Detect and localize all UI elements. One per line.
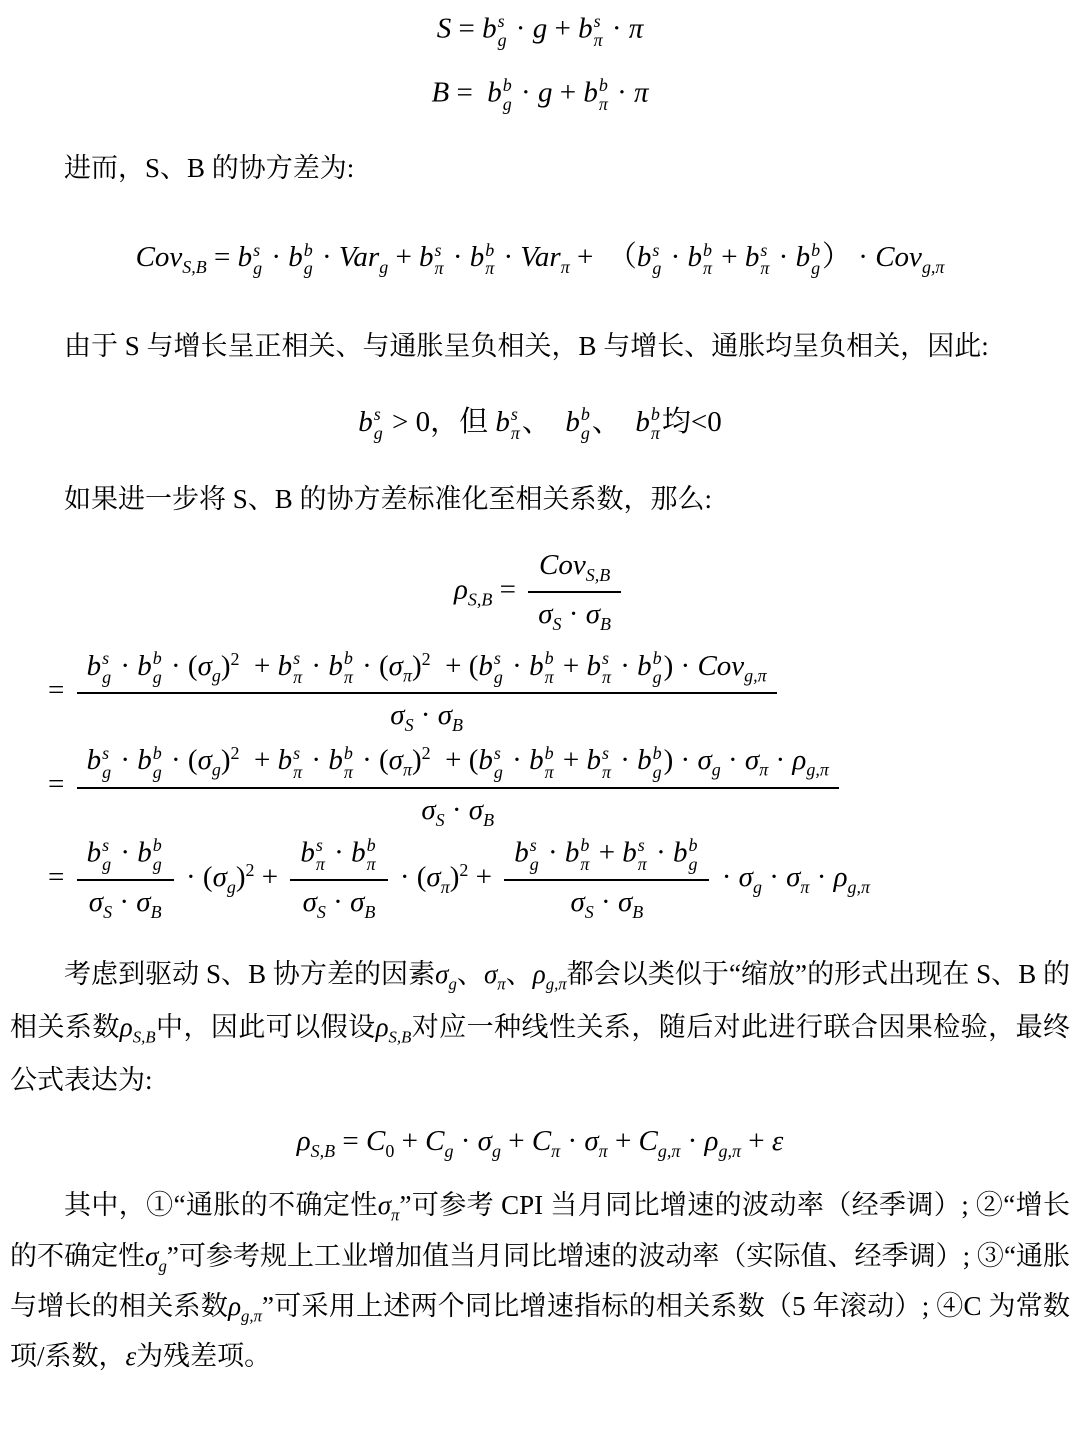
math-var: b <box>419 241 434 273</box>
sub-sup-stack: sπ <box>293 649 302 687</box>
math-var: π <box>634 76 649 108</box>
stack-sub: π <box>703 259 712 278</box>
math-var: σ <box>435 959 448 989</box>
math-var: Var <box>339 241 379 273</box>
sub-sup-stack: bπ <box>344 744 353 782</box>
sub-sup-stack: sg <box>102 836 111 874</box>
denominator: σS · σB <box>77 694 777 737</box>
subscript: S <box>585 902 594 922</box>
stack-sub: π <box>435 259 444 278</box>
numerator: bsg · bbg · (σg)2 + bsπ · bbπ · (σπ)2 + … <box>77 742 839 788</box>
math-var: b <box>478 649 493 681</box>
fraction: CovS,BσS · σB <box>528 548 621 636</box>
subscript: π <box>403 760 412 780</box>
stack-sup: s <box>652 241 661 260</box>
math-var: b <box>529 744 544 776</box>
text-run: = <box>48 861 72 893</box>
math-var: b <box>688 241 703 273</box>
sub-sup-stack: bg <box>688 836 697 874</box>
text-run: + <box>255 861 286 893</box>
text-run: · <box>610 76 634 108</box>
math-var: b <box>328 649 343 681</box>
subscript: g,π <box>806 760 828 780</box>
math-var: b <box>328 744 343 776</box>
math-var: b <box>300 837 315 869</box>
stack-sub: π <box>545 668 554 687</box>
math-var: b <box>288 241 303 273</box>
math-var: b <box>514 837 529 869</box>
text-run: · ( <box>164 744 198 776</box>
sub-sup-stack: bπ <box>344 649 353 687</box>
math-var: b <box>137 837 152 869</box>
sub-sup-stack: sg <box>374 405 383 443</box>
stack-sup: s <box>511 405 520 424</box>
math-var: B <box>431 76 449 108</box>
text-run: · <box>454 1125 478 1157</box>
subscript: S <box>436 809 445 829</box>
subscript: g,π <box>922 257 944 277</box>
math-var: σ <box>421 794 435 826</box>
stack-sup: b <box>485 241 494 260</box>
stack-sub: π <box>511 424 520 443</box>
subscript: π <box>561 257 570 277</box>
superscript: 2 <box>231 649 240 669</box>
stack-sup: s <box>253 241 262 260</box>
formula-covariance: CovS,B = bsg · bbg · Varg + bsπ · bbπ · … <box>10 234 1070 278</box>
stack-sub: π <box>638 855 647 874</box>
stack-sub: g <box>581 424 590 443</box>
text-run: · ( <box>355 744 389 776</box>
text-run: + <box>556 649 587 681</box>
text-run: · <box>112 886 136 918</box>
stack-sup: b <box>703 241 712 260</box>
stack-sub: g <box>102 668 111 687</box>
math-var: b <box>278 649 293 681</box>
math-var: σ <box>739 861 753 893</box>
text-run: + <box>714 241 745 273</box>
subscript: g <box>445 1140 454 1160</box>
denominator: σS · σB <box>77 789 839 832</box>
stack-sup: b <box>153 836 162 855</box>
math-var: Cov <box>875 241 922 273</box>
stack-sup: b <box>304 241 313 260</box>
subscript: π <box>599 1140 608 1160</box>
subscript: g <box>379 257 388 277</box>
stack-sup: b <box>581 405 590 424</box>
text-run: 、 <box>592 406 636 438</box>
text-run: · <box>505 744 529 776</box>
formula-rho-definition: ρS,B = CovS,BσS · σB <box>10 548 1070 636</box>
text-run: 其中，①“通胀的不确定性 <box>64 1190 378 1220</box>
subscript: g,π <box>546 974 567 993</box>
stack-sup: s <box>293 649 302 668</box>
subscript: B <box>483 809 494 829</box>
stack-sup: b <box>653 649 662 668</box>
math-var: b <box>622 837 637 869</box>
text-run: > 0，但 <box>385 406 496 438</box>
subscript: S <box>553 614 562 634</box>
math-var: σ <box>478 1125 492 1157</box>
stack-sup: s <box>316 836 325 855</box>
text-run: + <box>240 744 278 776</box>
stack-sub: π <box>599 95 608 114</box>
text-run: · <box>721 744 745 776</box>
subscript: π <box>441 877 450 897</box>
stack-sub: π <box>760 259 769 278</box>
para-covariance-intro: 进而，S、B 的协方差为: <box>10 142 1070 195</box>
math-var: σ <box>145 1241 158 1271</box>
text-run: 、 <box>506 959 533 989</box>
math-var: σ <box>378 1190 391 1220</box>
subscript: g <box>158 1256 166 1275</box>
sub-sup-stack: bπ <box>367 836 376 874</box>
subscript: g,π <box>658 1140 680 1160</box>
sub-sup-stack: bg <box>653 744 662 782</box>
text-run: · <box>762 861 786 893</box>
math-var: ρ <box>120 1012 133 1042</box>
stack-sup: b <box>811 241 820 260</box>
sub-sup-stack: sπ <box>602 649 611 687</box>
stack-sub: g <box>153 763 162 782</box>
text-run: + <box>741 1125 772 1157</box>
stack-sup: b <box>580 836 589 855</box>
stack-sub: π <box>594 31 603 50</box>
math-var: b <box>673 837 688 869</box>
text-run: 、 <box>522 406 566 438</box>
sub-sup-stack: bπ <box>545 649 554 687</box>
math-var: ρ <box>376 1012 389 1042</box>
math-var: b <box>796 241 811 273</box>
subscript: S,B <box>468 589 492 609</box>
text-run: · <box>594 886 618 918</box>
text-run: ) · <box>664 649 698 681</box>
math-var: b <box>565 837 580 869</box>
math-var: b <box>637 744 652 776</box>
subscript: g <box>753 877 762 897</box>
text-run: · ( <box>179 861 213 893</box>
sub-sup-stack: bg <box>153 649 162 687</box>
math-var: C <box>366 1125 385 1157</box>
math-var: b <box>87 744 102 776</box>
text-run: 由于 S 与增长呈正相关、与通胀呈负相关，B 与增长、通胀均呈负相关，因此: <box>64 331 989 361</box>
text-run: · <box>514 76 538 108</box>
stack-sub: g <box>304 259 313 278</box>
subscript: g <box>448 974 456 993</box>
math-var: σ <box>350 886 364 918</box>
stack-sub: g <box>102 855 111 874</box>
stack-sup: s <box>638 836 647 855</box>
numerator: bsg · bbg · (σg)2 + bsπ · bbπ · (σπ)2 + … <box>77 648 777 694</box>
sub-sup-stack: bπ <box>703 241 712 279</box>
math-var: π <box>629 13 644 45</box>
formula-rho-expansion-1: = bsg · bbg · (σg)2 + bsπ · bbπ · (σπ)2 … <box>10 648 1070 737</box>
fraction: bsg · bbg · (σg)2 + bsπ · bbπ · (σπ)2 + … <box>77 648 777 737</box>
denominator: σS · σB <box>528 593 621 636</box>
text-run: · <box>771 241 795 273</box>
stack-sub: π <box>602 668 611 687</box>
superscript: 2 <box>246 860 255 880</box>
stack-sub: g <box>253 259 262 278</box>
stack-sup: s <box>494 649 503 668</box>
sub-sup-stack: sπ <box>316 836 325 874</box>
stack-sup: s <box>374 405 383 424</box>
subscript: S,B <box>182 257 206 277</box>
sub-sup-stack: sπ <box>293 744 302 782</box>
math-var: ρ <box>792 744 806 776</box>
sub-sup-stack: sπ <box>638 836 647 874</box>
stack-sub: g <box>153 668 162 687</box>
text-run: = <box>48 674 72 706</box>
text-run: · <box>446 241 470 273</box>
math-var: C <box>532 1125 551 1157</box>
subscript: B <box>600 614 611 634</box>
formula-rho-expansion-3: = bsg · bbgσS · σB · (σg)2 + bsπ · bbπσS… <box>10 835 1070 924</box>
subscript: π <box>497 974 505 993</box>
formula-bond-model: B = bbg · g + bbπ · π <box>10 76 1070 114</box>
stack-sub: π <box>293 668 302 687</box>
sub-sup-stack: bg <box>503 76 512 114</box>
text-run: = <box>449 76 487 108</box>
math-var: S <box>437 13 452 45</box>
formula-stock-model: S = bsg · g + bsπ · π <box>10 12 1070 50</box>
math-var: ρ <box>533 959 546 989</box>
subscript: g,π <box>848 877 870 897</box>
math-var: b <box>637 649 652 681</box>
text-run: ) <box>450 861 460 893</box>
math-var: σ <box>618 886 632 918</box>
text-run: · <box>613 649 637 681</box>
stack-sup: s <box>594 12 603 31</box>
math-var: σ <box>89 886 103 918</box>
numerator: bsg · bbπ + bsπ · bbg <box>504 835 709 881</box>
math-var: b <box>529 649 544 681</box>
sub-sup-stack: sg <box>652 241 661 279</box>
stack-sup: b <box>653 744 662 763</box>
sub-sup-stack: sπ <box>435 241 444 279</box>
math-var: b <box>745 241 760 273</box>
stack-sub: g <box>374 424 383 443</box>
subscript: g,π <box>241 1306 262 1325</box>
stack-sub: π <box>602 763 611 782</box>
text-run: + <box>556 744 587 776</box>
text-run: · ( <box>355 649 389 681</box>
subscript: B <box>632 902 643 922</box>
sub-sup-stack: bg <box>153 744 162 782</box>
subscript: 0 <box>385 1140 394 1160</box>
text-run: ） · <box>822 241 875 273</box>
para-standardize-intro: 如果进一步将 S、B 的协方差标准化至相关系数，那么: <box>10 473 1070 526</box>
math-var: Var <box>520 241 560 273</box>
math-var: g <box>533 13 548 45</box>
formula-rho-expansion-2: = bsg · bbg · (σg)2 + bsπ · bbπ · (σπ)2 … <box>10 742 1070 831</box>
text-run: · <box>663 241 687 273</box>
text-run: = <box>492 573 523 605</box>
math-var: σ <box>586 598 600 630</box>
text-run: 、 <box>457 959 484 989</box>
subscript: g,π <box>744 665 766 685</box>
math-var: ρ <box>297 1125 311 1157</box>
text-run: 如果进一步将 S、B 的协方差标准化至相关系数，那么: <box>64 484 712 514</box>
stack-sup: b <box>651 405 660 424</box>
text-run: · <box>414 699 438 731</box>
stack-sup: s <box>760 241 769 260</box>
stack-sup: b <box>688 836 697 855</box>
math-var: ρ <box>705 1125 719 1157</box>
stack-sup: s <box>293 744 302 763</box>
math-var: ε <box>772 1125 783 1157</box>
stack-sup: b <box>344 744 353 763</box>
stack-sup: s <box>494 744 503 763</box>
text-run: + <box>240 649 278 681</box>
math-var: C <box>425 1125 444 1157</box>
superscript: 2 <box>422 743 431 763</box>
text-run: · <box>613 744 637 776</box>
subscript: S,B <box>311 1140 335 1160</box>
text-run: · <box>714 861 738 893</box>
stack-sub: g <box>653 668 662 687</box>
text-run: = <box>335 1125 366 1157</box>
sub-sup-stack: sπ <box>760 241 769 279</box>
text-run: · <box>445 794 469 826</box>
stack-sub: g <box>688 855 697 874</box>
stack-sub: g <box>530 855 539 874</box>
sub-sup-stack: sg <box>530 836 539 874</box>
numerator: bsg · bbg <box>77 835 174 881</box>
text-run: · <box>327 837 351 869</box>
text-run: · <box>113 649 137 681</box>
sub-sup-stack: sg <box>494 649 503 687</box>
math-var: ε <box>126 1341 137 1371</box>
sub-sup-stack: bπ <box>485 241 494 279</box>
stack-sub: π <box>545 763 554 782</box>
math-var: σ <box>570 886 584 918</box>
text-run: · <box>304 649 328 681</box>
text-run: = <box>451 13 482 45</box>
math-var: b <box>478 744 493 776</box>
sub-sup-stack: bg <box>581 405 590 443</box>
numerator: bsπ · bbπ <box>290 835 387 881</box>
text-run: ) <box>221 744 231 776</box>
subscript: g <box>212 665 221 685</box>
superscript: 2 <box>422 649 431 669</box>
subscript: S <box>405 714 414 734</box>
text-run: · <box>605 13 629 45</box>
math-var: b <box>586 744 601 776</box>
math-var: σ <box>469 794 483 826</box>
text-run: = <box>48 769 72 801</box>
text-run: · <box>509 13 533 45</box>
stack-sup: b <box>503 76 512 95</box>
math-var: σ <box>786 861 800 893</box>
math-var: b <box>482 13 497 45</box>
math-var: σ <box>538 598 552 630</box>
sub-sup-stack: sg <box>498 12 507 50</box>
subscript: g <box>492 1140 501 1160</box>
math-var: Cov <box>697 649 744 681</box>
stack-sub: π <box>367 855 376 874</box>
text-run: · <box>326 886 350 918</box>
text-run: = <box>207 241 238 273</box>
stack-sup: s <box>102 836 111 855</box>
math-var: b <box>137 744 152 776</box>
text-run: · <box>264 241 288 273</box>
stack-sup: s <box>602 744 611 763</box>
math-var: σ <box>484 959 497 989</box>
math-var: b <box>351 837 366 869</box>
text-run: · <box>113 744 137 776</box>
stack-sub: g <box>494 763 503 782</box>
stack-sub: g <box>811 259 820 278</box>
math-var: b <box>87 837 102 869</box>
text-run: + <box>394 1125 425 1157</box>
document-page: S = bsg · g + bsπ · π B = bbg · g + bbπ … <box>0 0 1080 1429</box>
math-var: b <box>578 13 593 45</box>
text-run: 中，因此可以假设 <box>156 1012 376 1042</box>
math-var: b <box>495 406 510 438</box>
sub-sup-stack: bπ <box>651 405 660 443</box>
math-var: b <box>586 649 601 681</box>
stack-sup: b <box>599 76 608 95</box>
fraction: bsg · bbπ + bsπ · bbgσS · σB <box>504 835 709 924</box>
math-var: b <box>358 406 373 438</box>
math-var: σ <box>136 886 150 918</box>
text-run: ) <box>412 744 422 776</box>
stack-sup: s <box>602 649 611 668</box>
sub-sup-stack: bg <box>811 241 820 279</box>
math-var: σ <box>213 861 227 893</box>
sub-sup-stack: bg <box>304 241 313 279</box>
sub-sup-stack: sg <box>494 744 503 782</box>
math-var: Cov <box>539 549 586 581</box>
para-variable-notes: 其中，①“通胀的不确定性σπ”可参考 CPI 当月同比增速的波动率（经季调）; … <box>10 1181 1070 1382</box>
text-run: ) · <box>664 744 698 776</box>
subscript: g <box>712 760 721 780</box>
text-run: + <box>608 1125 639 1157</box>
sub-sup-stack: sg <box>102 744 111 782</box>
formula-beta-signs: bsg > 0，但 bsπ、 bbg、 bbπ均<0 <box>10 399 1070 443</box>
math-var: ρ <box>454 573 468 605</box>
stack-sup: b <box>344 649 353 668</box>
text-run: · <box>560 1125 584 1157</box>
text-run: ) <box>412 649 422 681</box>
math-var: b <box>635 406 650 438</box>
text-run: · <box>541 837 565 869</box>
para-linear-assumption: 考虑到驱动 S、B 协方差的因素σg、σπ、ρg,π都会以类似于“缩放”的形式出… <box>10 948 1070 1107</box>
math-var: σ <box>697 744 711 776</box>
stack-sup: b <box>545 744 554 763</box>
numerator: CovS,B <box>528 548 621 593</box>
denominator: σS · σB <box>504 881 709 924</box>
stack-sup: s <box>435 241 444 260</box>
text-run: · <box>113 837 137 869</box>
math-var: σ <box>198 744 212 776</box>
text-run: + <box>547 13 578 45</box>
stack-sub: π <box>293 763 302 782</box>
text-run: · <box>562 598 586 630</box>
superscript: 2 <box>231 743 240 763</box>
text-run: + ( <box>431 744 479 776</box>
stack-sup: b <box>153 744 162 763</box>
stack-sup: b <box>153 649 162 668</box>
text-run: 均<0 <box>662 406 722 438</box>
stack-sub: π <box>580 855 589 874</box>
subscript: π <box>759 760 768 780</box>
text-run: + ( <box>431 649 479 681</box>
text-run: ) <box>236 861 246 893</box>
stack-sub: g <box>652 259 661 278</box>
subscript: π <box>403 665 412 685</box>
math-var: Cov <box>136 241 183 273</box>
